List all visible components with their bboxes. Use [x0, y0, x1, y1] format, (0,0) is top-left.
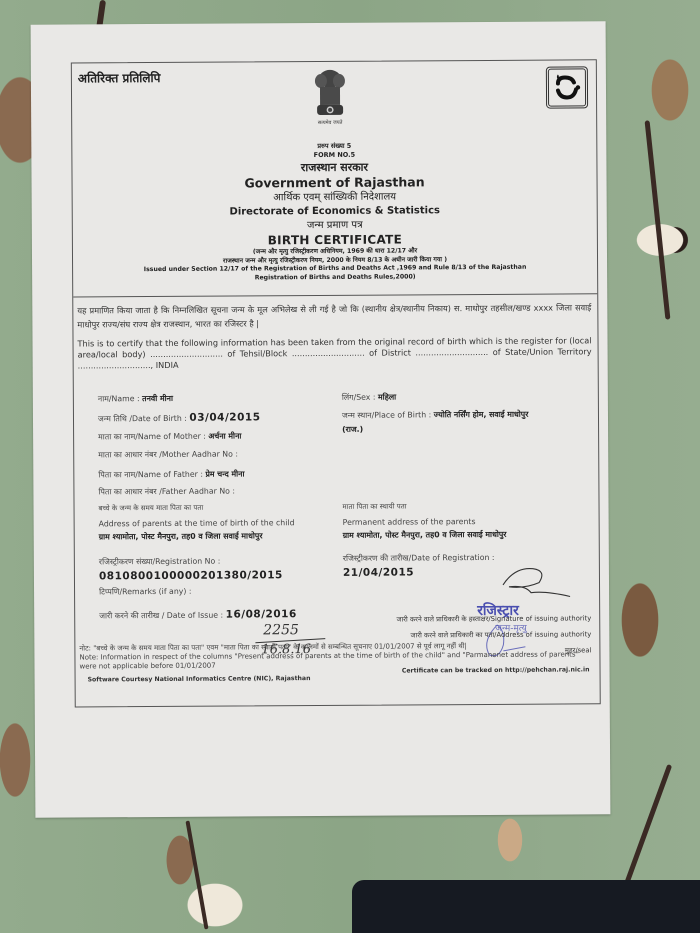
signature-scribble: [495, 560, 575, 600]
national-emblem-icon: [310, 67, 350, 121]
remarks-label: टिप्पणि/Remarks (if any) :: [99, 587, 192, 597]
place-of-birth-field: जन्म स्थान/Place of Birth : ज्योति नर्सि…: [342, 410, 528, 421]
date-of-issue-value: 16/08/2016: [226, 608, 297, 620]
father-aadhar-field: पिता का आधार नंबर /Father Aadhar No :: [98, 487, 235, 498]
mother-value: अर्चना मीना: [208, 431, 241, 440]
birth-certificate-paper: अतिरिक्त प्रतिलिपि सत्यमेव जयते प्ररु: [31, 21, 611, 817]
additional-copy-label: अतिरिक्त प्रतिलिपि: [78, 69, 161, 87]
header-divider: [73, 293, 597, 297]
dob-value: 03/04/2015: [189, 411, 260, 423]
certificate-frame: अतिरिक्त प्रतिलिपि सत्यमेव जयते प्ररु: [71, 59, 601, 707]
sex-label: लिंग/Sex :: [342, 393, 376, 402]
address-birth-label-hi: बच्चे के जन्म के समय माता पिता का पता: [99, 504, 204, 514]
registration-date-value: 21/04/2015: [343, 566, 414, 578]
handwritten-number: 2255: [263, 622, 299, 638]
pehchan-logo: [546, 66, 588, 108]
certify-statement-hi: यह प्रमाणित किया जाता है कि निम्नलिखित स…: [77, 300, 591, 331]
name-field: नाम/Name : तनवी मीना: [98, 394, 173, 404]
tracking-link-text: Certificate can be tracked on http://peh…: [402, 666, 590, 674]
father-label: पिता का नाम/Name of Father :: [98, 470, 203, 480]
date-of-issue-label: जारी करने की तारीख / Date of Issue :: [99, 611, 223, 621]
signature-label: जारी करने वाले प्राधिकारी के हस्ताक्षर/S…: [396, 613, 591, 623]
mother-aadhar-label: माता का आधार नंबर /Mother Aadhar No :: [98, 450, 238, 460]
remarks-field: टिप्पणि/Remarks (if any) :: [99, 587, 192, 598]
address-permanent-label-en: Permanent address of the parents: [343, 517, 476, 527]
mother-field: माता का नाम/Name of Mother : अर्चना मीना: [98, 431, 241, 442]
name-value: तनवी मीना: [142, 394, 173, 403]
date-of-issue-field: जारी करने की तारीख / Date of Issue : 16/…: [99, 608, 297, 621]
place-of-birth-value-line-2: (राज.): [342, 425, 363, 435]
address-permanent-label-hi: माता पिता का स्थायी पता: [343, 502, 407, 511]
pehchan-logo-icon: [552, 73, 582, 101]
emblem-motto: सत्यमेव जयते: [302, 120, 358, 126]
mother-label: माता का नाम/Name of Mother :: [98, 432, 206, 442]
certify-statement-en: This is to certify that the following in…: [78, 335, 592, 371]
dark-object: [352, 880, 700, 933]
father-field: पिता का नाम/Name of Father : प्रेम चन्द …: [98, 469, 244, 480]
certification-text: यह प्रमाणित किया जाता है कि निम्नलिखित स…: [77, 300, 591, 371]
sex-value: महिला: [378, 393, 396, 402]
address-birth-label-en: Address of parents at the time of birth …: [99, 518, 295, 528]
father-value: प्रेम चन्द मीना: [205, 469, 244, 478]
software-courtesy: Software Courtesy National Informatics C…: [88, 675, 311, 683]
dob-label: जन्म तिथि /Date of Birth :: [98, 414, 187, 424]
registration-no-label: रजिस्ट्रीकरण संख्या/Registration No :: [99, 557, 221, 568]
sex-field: लिंग/Sex : महिला: [342, 393, 396, 403]
registration-date-label: रजिस्ट्रीकरण की तारीख/Date of Registrati…: [343, 553, 495, 564]
certificate-header: प्ररुप संख्या 5 FORM NO.5 राजस्थान सरकार…: [72, 140, 597, 283]
mother-aadhar-field: माता का आधार नंबर /Mother Aadhar No :: [98, 450, 238, 461]
name-label: नाम/Name :: [98, 394, 140, 403]
place-of-birth-label: जन्म स्थान/Place of Birth :: [342, 410, 431, 420]
issuing-address-label: जारी करने वाले प्राधिकारी का पता/Address…: [410, 629, 591, 639]
father-aadhar-label: पिता का आधार नंबर /Father Aadhar No :: [98, 487, 235, 497]
address-birth-value: ग्राम श्यामोता, पोस्ट मैनपुरा, तह0 व जिल…: [99, 531, 263, 542]
dob-field: जन्म तिथि /Date of Birth : 03/04/2015: [98, 411, 261, 424]
place-of-birth-value: ज्योति नर्सिंग होम, सवाई माधोपुर: [434, 410, 529, 420]
address-permanent-value: ग्राम श्यामोता, पोस्ट मैनपुरा, तह0 व जिल…: [343, 530, 507, 541]
registration-no-value: 0810800100000201380/2015: [99, 569, 283, 582]
